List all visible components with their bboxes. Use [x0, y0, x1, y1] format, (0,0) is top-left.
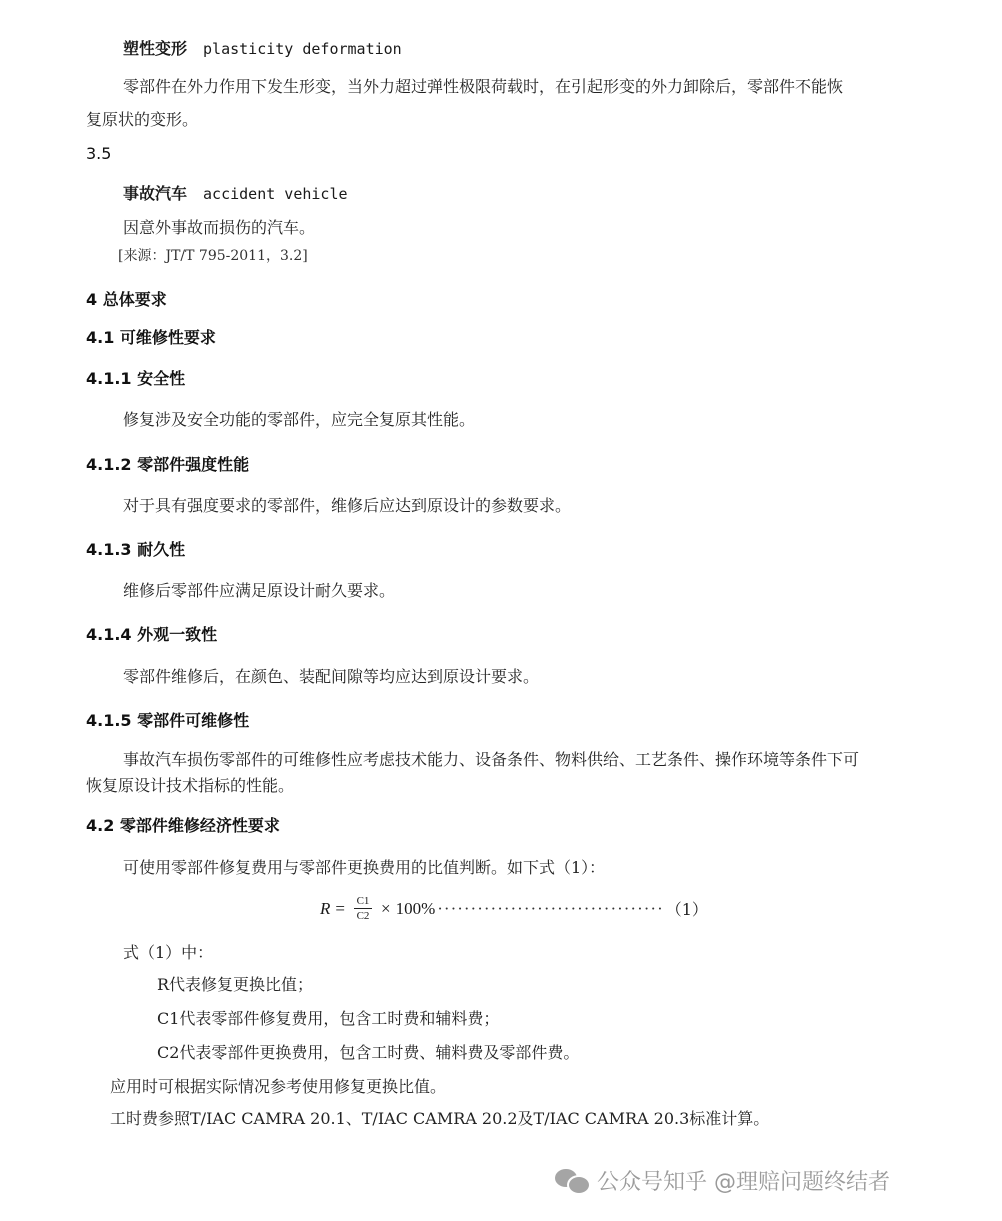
formula-where: 式（1）中： [123, 940, 213, 963]
section-title: 4.1.2 零部件强度性能 [86, 452, 249, 475]
term-heading: 塑性变形plasticity deformation [123, 36, 402, 59]
formula-def: R代表修复更换比值； [157, 972, 313, 995]
term-en: accident vehicle [203, 185, 348, 203]
section-text-cont: 恢复原设计技术指标的性能。 [86, 773, 294, 796]
formula-numerator: C1 [357, 895, 370, 907]
section-text: 事故汽车损伤零部件的可维修性应考虑技术能力、设备条件、物料供给、工艺条件、操作环… [123, 747, 859, 770]
term-zh: 塑性变形 [123, 39, 187, 58]
term-zh: 事故汽车 [123, 184, 187, 203]
formula-value: 100% [396, 899, 436, 919]
formula-lhs: R [320, 899, 330, 919]
formula: R = C1 C2 × 100% ·······················… [320, 895, 708, 922]
section-text: 对于具有强度要求的零部件，维修后应达到原设计的参数要求。 [123, 493, 571, 516]
term-definition-cont: 复原状的变形。 [86, 107, 198, 130]
section-text: 零部件维修后，在颜色、装配间隙等均应达到原设计要求。 [123, 664, 539, 687]
section-title: 4.1.1 安全性 [86, 366, 185, 389]
formula-times: × [381, 899, 391, 919]
section-title: 4.1.3 耐久性 [86, 537, 185, 560]
section-title: 4.2 零部件维修经济性要求 [86, 813, 280, 836]
term-heading: 事故汽车accident vehicle [123, 181, 348, 204]
term-definition: 因意外事故而损伤的汽车。 [123, 215, 315, 238]
watermark-text: 公众号知乎 @理赔问题终结者 [597, 1165, 890, 1196]
term-definition: 零部件在外力作用下发生形变，当外力超过弹性极限荷载时，在引起形变的外力卸除后，零… [123, 74, 843, 97]
section-title: 4 总体要求 [86, 287, 167, 310]
section-title: 4.1 可维修性要求 [86, 325, 216, 348]
fraction-bar [354, 908, 372, 909]
term-en: plasticity deformation [203, 40, 402, 58]
formula-def: C1代表零部件修复费用，包含工时费和辅料费； [157, 1006, 499, 1029]
note: 工时费参照T/IAC CAMRA 20.1、T/IAC CAMRA 20.2及T… [110, 1106, 769, 1129]
note: 应用时可根据实际情况参考使用修复更换比值。 [110, 1074, 446, 1097]
formula-fraction: C1 C2 [354, 895, 372, 922]
formula-equals: = [335, 899, 345, 919]
watermark: 公众号知乎 @理赔问题终结者 [555, 1165, 890, 1196]
formula-label: （1） [666, 897, 708, 920]
formula-denominator: C2 [357, 910, 370, 922]
section-text: 修复涉及安全功能的零部件，应完全复原其性能。 [123, 407, 475, 430]
formula-def: C2代表零部件更换费用，包含工时费、辅料费及零部件费。 [157, 1040, 579, 1063]
section-text: 维修后零部件应满足原设计耐久要求。 [123, 578, 395, 601]
section-title: 4.1.4 外观一致性 [86, 622, 217, 645]
wechat-icon [555, 1169, 589, 1193]
formula-leader: ·································· [437, 899, 663, 919]
clause-number: 3.5 [86, 144, 111, 163]
section-title: 4.1.5 零部件可维修性 [86, 708, 249, 731]
term-source: [来源：JT/T 795-2011，3.2] [118, 245, 308, 265]
section-text: 可使用零部件修复费用与零部件更换费用的比值判断。如下式（1）： [123, 855, 605, 878]
